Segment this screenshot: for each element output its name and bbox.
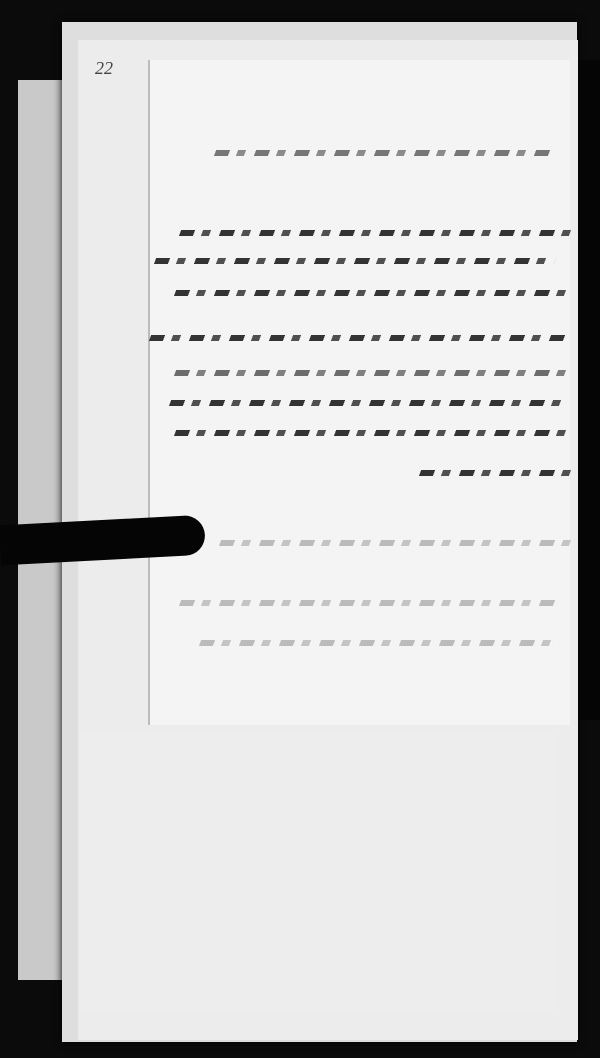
handwriting-line (149, 335, 571, 341)
handwriting-line (179, 230, 571, 236)
inner-sheet (148, 60, 570, 725)
handwriting-line (419, 470, 571, 476)
handwriting-line (199, 640, 561, 646)
handwriting-line (174, 370, 566, 376)
handwriting-line (174, 430, 566, 436)
handwriting-line (169, 400, 566, 406)
lower-blank-area (80, 730, 558, 1010)
handwriting-line (174, 290, 566, 296)
page-number: 22 (95, 58, 113, 79)
handwriting-line (214, 150, 556, 156)
handwriting-line (179, 600, 561, 606)
handwriting-line (154, 258, 556, 264)
handwriting-line (219, 540, 571, 546)
right-shadow (578, 60, 600, 720)
